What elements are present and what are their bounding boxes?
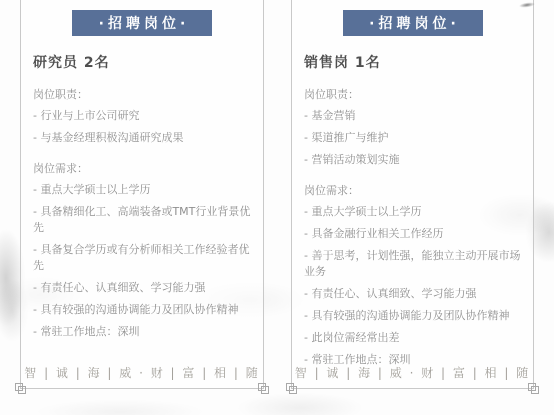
requirement-item: - 重点大学硕士以上学历 (33, 182, 251, 198)
section-heading-duties: 岗位职责： (304, 86, 521, 102)
requirement-item: - 具有较强的沟通协调能力及团队协作精神 (304, 308, 521, 324)
requirement-item: - 具备金融行业相关工作经历 (304, 226, 521, 242)
requirement-item: - 有责任心、认真细致、学习能力强 (33, 280, 251, 296)
section-heading-requirements: 岗位需求： (33, 160, 251, 176)
card-body: 研究员 2名 岗位职责： - 行业与上市公司研究 - 与基金经理积极沟通研究成果… (21, 52, 263, 340)
knot-ornament-icon (13, 381, 28, 396)
knot-ornament-icon (526, 381, 541, 396)
knot-ornament-icon (256, 381, 271, 396)
requirement-item: - 具备复合学历或有分析师相关工作经验者优先 (33, 242, 251, 274)
duty-item: - 行业与上市公司研究 (33, 108, 251, 124)
section-heading-duties: 岗位职责： (33, 86, 251, 102)
knot-ornament-icon (284, 381, 299, 396)
duty-item: - 营销活动策划实施 (304, 152, 521, 168)
recruit-badge: ·招聘岗位· (72, 10, 212, 36)
duty-item: - 基金营销 (304, 108, 521, 124)
card-body: 销售岗 1名 岗位职责： - 基金营销 - 渠道推广与维护 - 营销活动策划实施… (292, 52, 533, 368)
requirement-item: - 具有较强的沟通协调能力及团队协作精神 (33, 302, 251, 318)
requirement-item: - 具备精细化工、高端装备或TMT行业背景优先 (33, 204, 251, 236)
requirement-item: - 此岗位需经常出差 (304, 330, 521, 346)
requirement-item: - 常驻工作地点：深圳 (33, 324, 251, 340)
job-title: 研究员 2名 (33, 52, 251, 72)
requirement-item: - 重点大学硕士以上学历 (304, 204, 521, 220)
ink-smudge (519, 1, 536, 9)
duty-item: - 与基金经理积极沟通研究成果 (33, 130, 251, 146)
requirement-item: - 有责任心、认真细致、学习能力强 (304, 286, 521, 302)
job-title: 销售岗 1名 (304, 52, 521, 72)
job-card-sales: ·招聘岗位· 销售岗 1名 岗位职责： - 基金营销 - 渠道推广与维护 - 营… (291, 0, 534, 389)
slogan-footer: 智 | 诚 | 海 | 威 · 财 | 富 | 相 | 随 (21, 364, 263, 381)
slogan-footer: 智 | 诚 | 海 | 威 · 财 | 富 | 相 | 随 (292, 364, 533, 381)
job-card-researcher: ·招聘岗位· 研究员 2名 岗位职责： - 行业与上市公司研究 - 与基金经理积… (20, 0, 264, 389)
section-heading-requirements: 岗位需求： (304, 182, 521, 198)
requirement-item: - 善于思考，计划性强，能独立主动开展市场业务 (304, 248, 521, 280)
duty-item: - 渠道推广与维护 (304, 130, 521, 146)
recruit-badge: ·招聘岗位· (343, 10, 483, 36)
